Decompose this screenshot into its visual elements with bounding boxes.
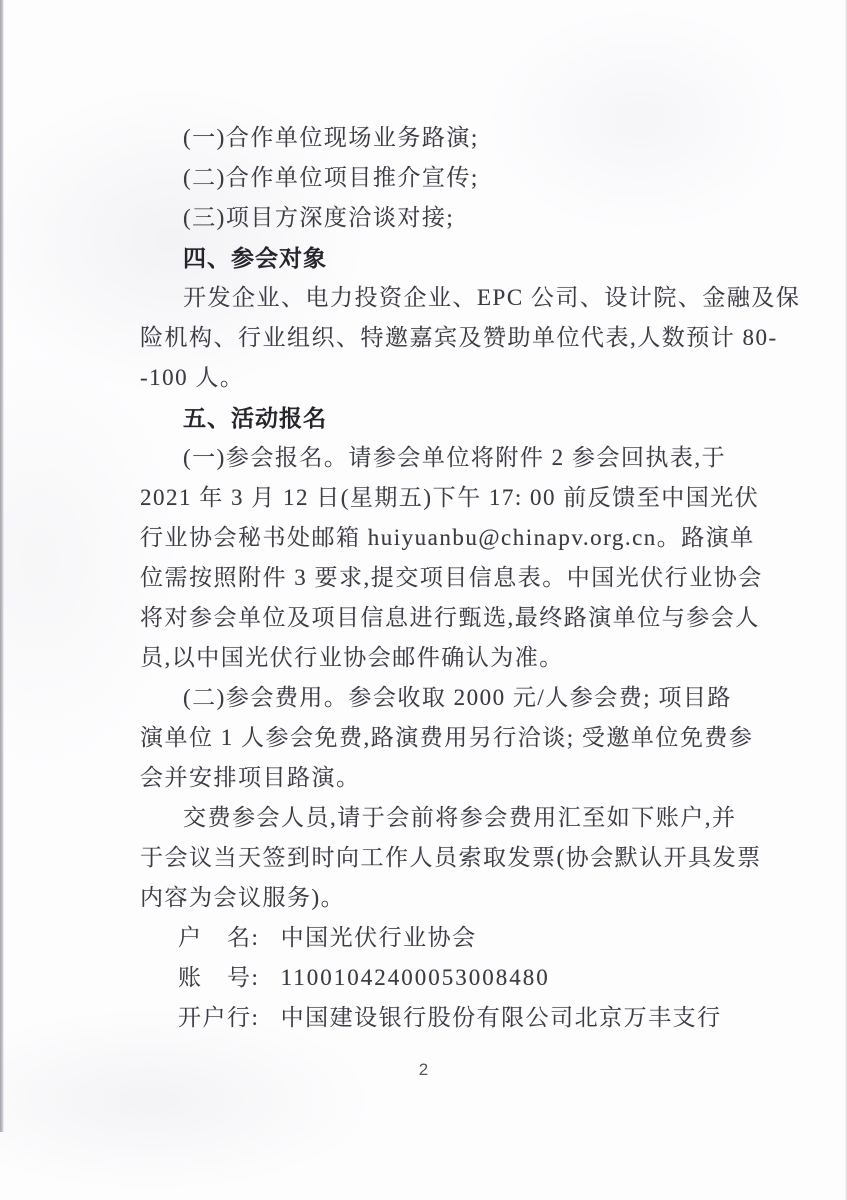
payment-line: 内容为会议服务)。 — [140, 878, 748, 918]
account-name-row: 户 名: 中国光伏行业协会 — [140, 918, 748, 958]
account-name-value: 中国光伏行业协会 — [281, 925, 477, 950]
section-4-line: -100 人。 — [140, 358, 748, 398]
document-body: (一)合作单位现场业务路演; (二)合作单位项目推介宣传; (三)项目方深度洽谈… — [140, 118, 748, 1038]
fee-line: 演单位 1 人参会免费,路演费用另行洽谈; 受邀单位免费参 — [140, 718, 748, 758]
registration-line: 将对参会单位及项目信息进行甄选,最终路演单位与参会人 — [140, 598, 748, 638]
bank-branch-label: 开户行: — [178, 998, 259, 1038]
list-item-1: (一)合作单位现场业务路演; — [140, 118, 748, 158]
scanned-document-page: (一)合作单位现场业务路演; (二)合作单位项目推介宣传; (三)项目方深度洽谈… — [0, 0, 847, 1200]
section-5-heading: 五、活动报名 — [140, 398, 748, 438]
page-number: 2 — [0, 1060, 847, 1080]
fee-line: 会并安排项目路演。 — [140, 758, 748, 798]
fee-line: (二)参会费用。参会收取 2000 元/人参会费; 项目路 — [140, 678, 748, 718]
registration-line: 位需按照附件 3 要求,提交项目信息表。中国光伏行业协会 — [140, 558, 748, 598]
registration-line: (一)参会报名。请参会单位将附件 2 参会回执表,于 — [140, 438, 748, 478]
scan-edge-left — [0, 0, 4, 1132]
list-item-2: (二)合作单位项目推介宣传; — [140, 158, 748, 198]
payment-line: 于会议当天签到时向工作人员索取发票(协会默认开具发票 — [140, 838, 748, 878]
registration-line: 2021 年 3 月 12 日(星期五)下午 17: 00 前反馈至中国光伏 — [140, 478, 748, 518]
bank-branch-row: 开户行: 中国建设银行股份有限公司北京万丰支行 — [140, 998, 748, 1038]
section-4-line: 开发企业、电力投资企业、EPC 公司、设计院、金融及保 — [140, 278, 748, 318]
account-number-row: 账 号: 11001042400053008480 — [140, 958, 748, 998]
list-item-3: (三)项目方深度洽谈对接; — [140, 198, 748, 238]
section-4-heading: 四、参会对象 — [140, 238, 748, 278]
registration-line: 员,以中国光伏行业协会邮件确认为准。 — [140, 638, 748, 678]
account-number-value: 11001042400053008480 — [281, 965, 550, 990]
section-4-line: 险机构、行业组织、特邀嘉宾及赞助单位代表,人数预计 80- — [140, 318, 748, 358]
account-name-label: 户 名: — [178, 918, 259, 958]
registration-line-email: 行业协会秘书处邮箱 huiyuanbu@chinapv.org.cn。路演单 — [140, 518, 748, 558]
payment-line: 交费参会人员,请于会前将参会费用汇至如下账户,并 — [140, 798, 748, 838]
bank-branch-value: 中国建设银行股份有限公司北京万丰支行 — [281, 1005, 722, 1030]
account-number-label: 账 号: — [178, 958, 259, 998]
